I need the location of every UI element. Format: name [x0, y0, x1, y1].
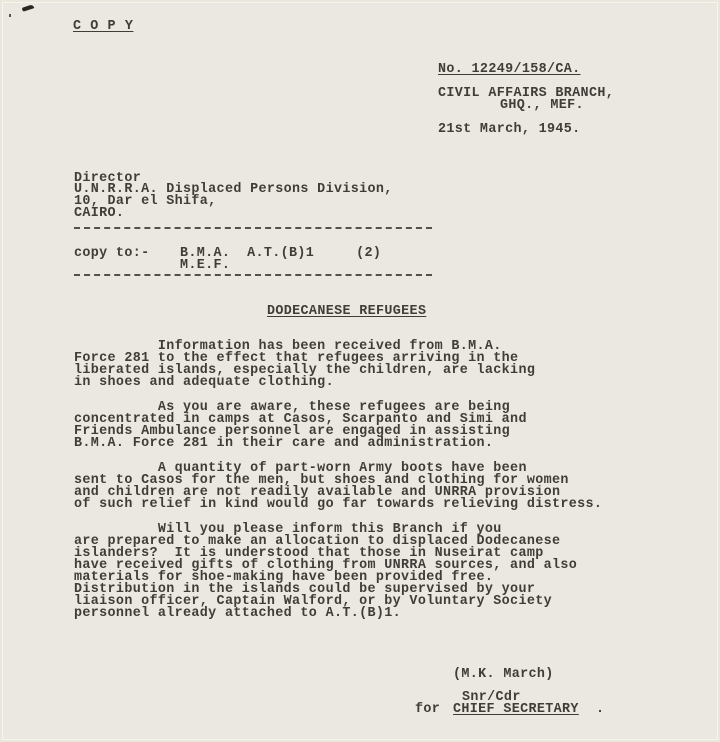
- copy-to-line-2: M.E.F.: [180, 260, 230, 272]
- body-line: of such relief in kind would go far towa…: [74, 499, 602, 511]
- divider-bottom: [74, 274, 432, 276]
- copy-to-label: copy to:-: [74, 248, 149, 260]
- body-line: B.M.A. Force 281 in their care and admin…: [74, 438, 493, 450]
- document-page: C O P Y No. 12249/158/CA. CIVIL AFFAIRS …: [2, 2, 718, 740]
- copy-label: C O P Y: [73, 21, 133, 33]
- body-line: personnel already attached to A.T.(B)1.: [74, 608, 401, 620]
- signatory-title-period: .: [596, 704, 604, 716]
- reference-number: No. 12249/158/CA.: [438, 64, 581, 76]
- body-line: in shoes and adequate clothing.: [74, 377, 334, 389]
- ink-mark: [22, 4, 35, 12]
- divider-top: [74, 227, 432, 229]
- ink-dot: [9, 14, 11, 17]
- signatory-name: (M.K. March): [453, 669, 554, 681]
- letter-date: 21st March, 1945.: [438, 124, 581, 136]
- branch-line-2: GHQ., MEF.: [500, 100, 584, 112]
- signatory-title: CHIEF SECRETARY: [453, 704, 579, 716]
- for-label: for: [415, 704, 440, 716]
- subject-heading: DODECANESE REFUGEES: [267, 306, 426, 318]
- recipient-line-4: CAIRO.: [74, 208, 124, 220]
